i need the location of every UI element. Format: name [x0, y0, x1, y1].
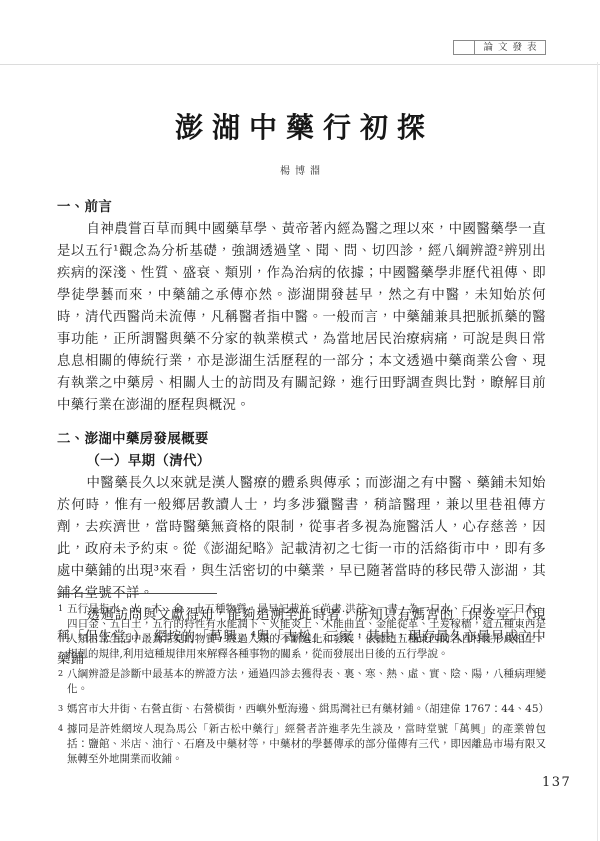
footnote-separator [57, 593, 217, 594]
footnote-1: 1 五行是指水、火、木、金、土五種物質，最早記載於＜尚書.洪范＞一書，為一曰水、… [57, 602, 546, 662]
page-edge-line [597, 62, 598, 841]
section-heading-development: 二、澎湖中藥房發展概要 [57, 429, 546, 451]
header-rule [0, 64, 600, 65]
footnote-4-text: 據同是許姓網垵人現為馬公「新古松中藥行」經營者許進孝先生談及，當時堂號「萬興」的… [67, 723, 546, 765]
page-number: 137 [542, 775, 571, 790]
paragraph-intro: 自神農嘗百草而興中國藥草學、黃帝著內經為醫之理以來，中國醫藥學一直是以五行¹觀念… [57, 219, 546, 417]
article-author: 楊博淵 [0, 162, 600, 177]
footnote-3: 3 媽宮市大井街、右營直街、右營橫街，西嶼外塹海邊、緝馬灣社已有藥材鋪。（胡建偉… [57, 702, 546, 717]
paragraph-early-1: 中醫藥長久以來就是漢人醫療的體系與傳承；而澎湖之有中醫、藥鋪未知始於何時，惟有一… [57, 473, 546, 605]
subsection-heading-early-period: （一）早期（清代） [57, 451, 546, 473]
footnote-2: 2 八綱辨證是診斷中最基本的辨證方法，通過四診去獲得表、裏、寒、熱、虛、實、陰、… [57, 667, 546, 697]
footnote-4-marker: 4 [58, 721, 63, 736]
footnote-2-text: 八綱辨證是診斷中最基本的辨證方法，通過四診去獲得表、裏、寒、熱、虛、實、陰、陽，… [67, 668, 546, 695]
footnote-3-marker: 3 [58, 701, 63, 716]
footnote-1-text: 五行是指水、火、木、金、土五種物質，最早記載於＜尚書.洪范＞一書，為一曰水、二曰… [67, 603, 546, 660]
footnote-4: 4 據同是許姓網垵人現為馬公「新古松中藥行」經營者許進孝先生談及，當時堂號「萬興… [57, 722, 546, 767]
section-heading-introduction: 一、前言 [57, 197, 546, 219]
article-title: 澎湖中藥行初探 [0, 106, 600, 146]
document-page: 論文發表 澎湖中藥行初探 楊博淵 一、前言 自神農嘗百草而興中國藥草學、黃帝著內… [0, 0, 600, 841]
tag-left-cell [454, 41, 475, 54]
footnote-2-marker: 2 [58, 666, 63, 681]
footnote-3-text: 媽宮市大井街、右營直街、右營橫街，西嶼外塹海邊、緝馬灣社已有藥材鋪。（胡建偉 1… [67, 703, 549, 715]
header-category-label: 論文發表 [475, 41, 545, 54]
footnotes-section: 1 五行是指水、火、木、金、土五種物質，最早記載於＜尚書.洪范＞一書，為一曰水、… [57, 593, 546, 772]
footnote-1-marker: 1 [58, 601, 63, 616]
header-category-tag: 論文發表 [453, 40, 546, 55]
